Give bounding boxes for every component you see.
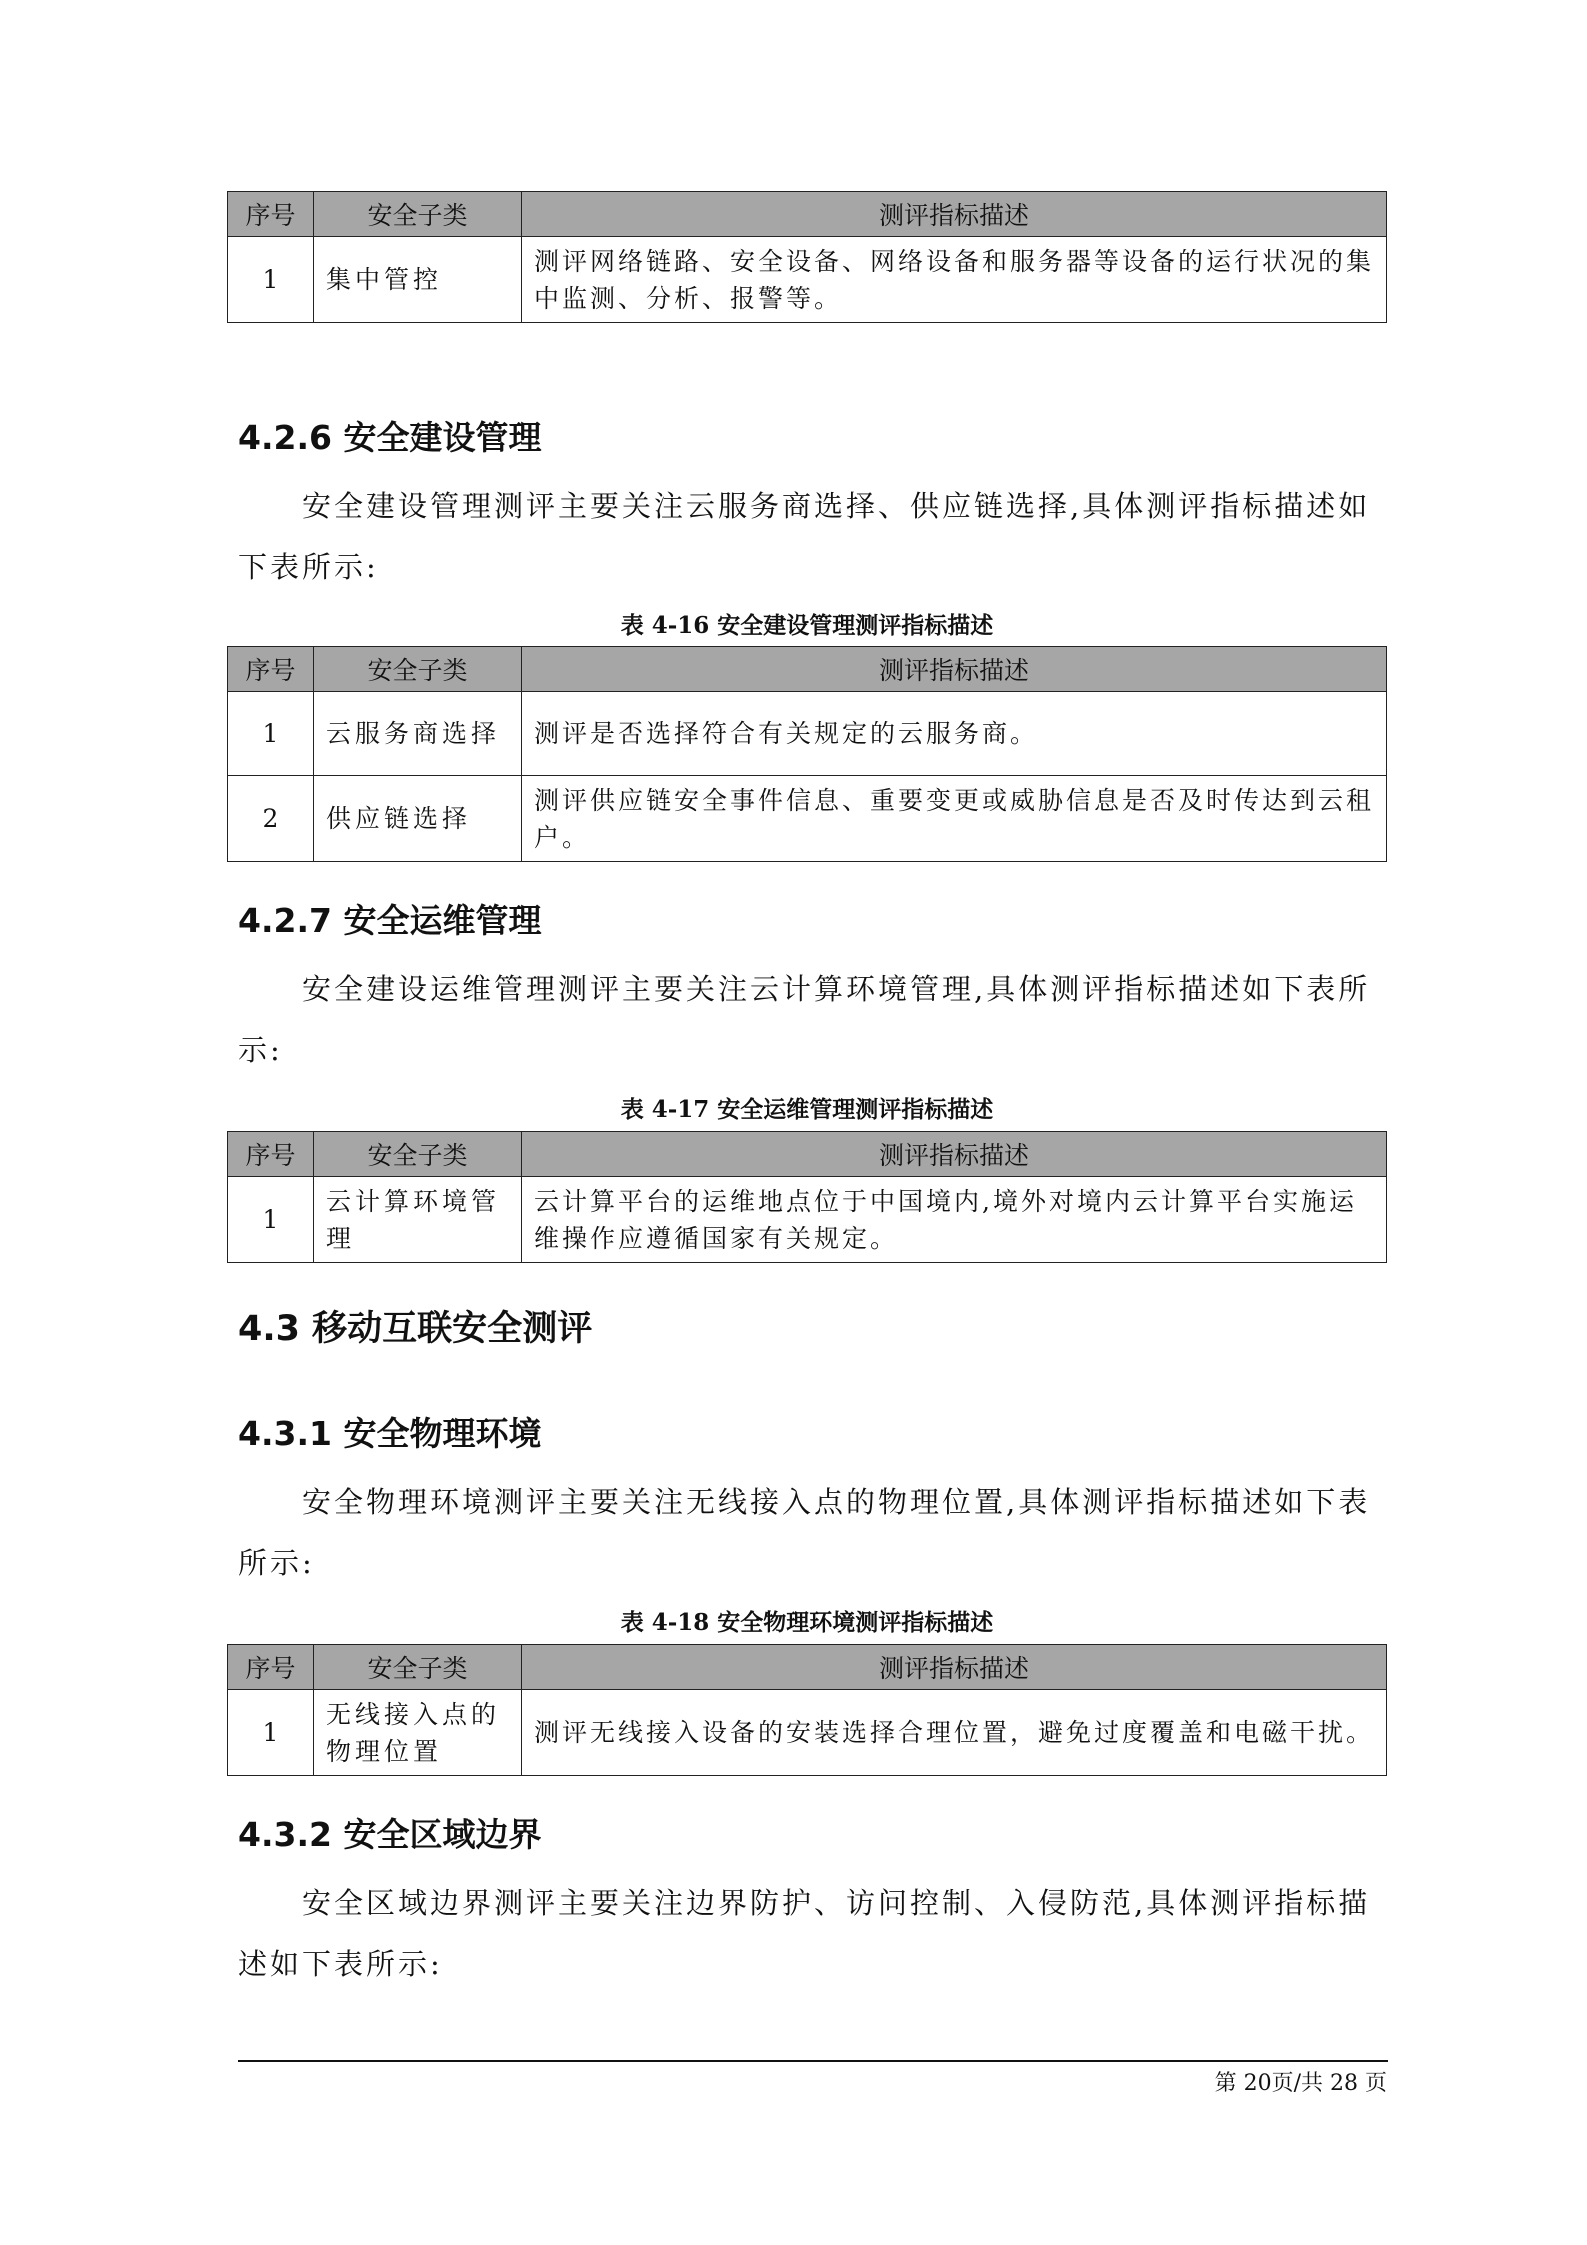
table-caption-4-17: 表 4-17 安全运维管理测评指标描述 [227,1095,1387,1125]
cell-no: 1 [228,1177,314,1263]
paragraph-text: 安全物理环境测评主要关注无线接入点的物理位置,具体测评指标描述如下表所示: [238,1485,1370,1580]
table-centralized-control: 序号 安全子类 测评指标描述 1 集中管控 测评网络链路、安全设备、网络设备和服… [227,191,1387,323]
paragraph-4-2-6: 安全建设管理测评主要关注云服务商选择、供应链选择,具体测评指标描述如下表所示: [238,476,1388,598]
table-caption-4-18: 表 4-18 安全物理环境测评指标描述 [227,1608,1387,1638]
cell-description: 测评网络链路、安全设备、网络设备和服务器等设备的运行状况的集中监测、分析、报警等… [522,237,1387,323]
header-subcategory: 安全子类 [314,192,522,237]
cell-no: 2 [228,776,314,862]
paragraph-text: 安全建设运维管理测评主要关注云计算环境管理,具体测评指标描述如下表所示: [238,972,1370,1067]
section-heading-4-3-1: 4.3.1 安全物理环境 [238,1414,541,1454]
cell-subcategory: 云计算环境管理 [314,1177,522,1263]
paragraph-4-3-2: 安全区域边界测评主要关注边界防护、访问控制、入侵防范,具体测评指标描述如下表所示… [238,1873,1388,1995]
header-subcategory: 安全子类 [314,1645,522,1690]
section-heading-4-2-7: 4.2.7 安全运维管理 [238,901,541,941]
cell-subcategory: 云服务商选择 [314,692,522,776]
table-4-16: 序号 安全子类 测评指标描述 1 云服务商选择 测评是否选择符合有关规定的云服务… [227,646,1387,862]
cell-description: 测评是否选择符合有关规定的云服务商。 [522,692,1387,776]
cell-subcategory: 供应链选择 [314,776,522,862]
paragraph-text: 安全区域边界测评主要关注边界防护、访问控制、入侵防范,具体测评指标描述如下表所示… [238,1886,1370,1981]
header-subcategory: 安全子类 [314,1132,522,1177]
cell-description: 测评供应链安全事件信息、重要变更或威胁信息是否及时传达到云租户。 [522,776,1387,862]
cell-description: 云计算平台的运维地点位于中国境内,境外对境内云计算平台实施运维操作应遵循国家有关… [522,1177,1387,1263]
table-header-row: 序号 安全子类 测评指标描述 [228,647,1387,692]
header-no: 序号 [228,1132,314,1177]
paragraph-4-2-7: 安全建设运维管理测评主要关注云计算环境管理,具体测评指标描述如下表所示: [238,959,1388,1081]
section-heading-4-3: 4.3 移动互联安全测评 [238,1307,592,1351]
cell-description: 测评无线接入设备的安装选择合理位置，避免过度覆盖和电磁干扰。 [522,1690,1387,1776]
cell-no: 1 [228,692,314,776]
paragraph-text: 安全建设管理测评主要关注云服务商选择、供应链选择,具体测评指标描述如下表所示: [238,489,1370,584]
cell-subcategory: 集中管控 [314,237,522,323]
table-row: 1 集中管控 测评网络链路、安全设备、网络设备和服务器等设备的运行状况的集中监测… [228,237,1387,323]
paragraph-4-3-1: 安全物理环境测评主要关注无线接入点的物理位置,具体测评指标描述如下表所示: [238,1472,1388,1594]
section-heading-4-3-2: 4.3.2 安全区域边界 [238,1815,541,1855]
header-no: 序号 [228,647,314,692]
header-description: 测评指标描述 [522,647,1387,692]
cell-subcategory: 无线接入点的物理位置 [314,1690,522,1776]
header-description: 测评指标描述 [522,1645,1387,1690]
cell-no: 1 [228,237,314,323]
table-caption-4-16: 表 4-16 安全建设管理测评指标描述 [227,611,1387,641]
header-subcategory: 安全子类 [314,647,522,692]
header-description: 测评指标描述 [522,1132,1387,1177]
table-header-row: 序号 安全子类 测评指标描述 [228,192,1387,237]
table-header-row: 序号 安全子类 测评指标描述 [228,1132,1387,1177]
page-number: 第 20页/共 28 页 [1215,2066,1387,2097]
table-row: 2 供应链选择 测评供应链安全事件信息、重要变更或威胁信息是否及时传达到云租户。 [228,776,1387,862]
cell-no: 1 [228,1690,314,1776]
table-row: 1 云服务商选择 测评是否选择符合有关规定的云服务商。 [228,692,1387,776]
footer-divider [238,2060,1388,2062]
table-header-row: 序号 安全子类 测评指标描述 [228,1645,1387,1690]
table-4-18: 序号 安全子类 测评指标描述 1 无线接入点的物理位置 测评无线接入设备的安装选… [227,1644,1387,1776]
section-heading-4-2-6: 4.2.6 安全建设管理 [238,418,541,458]
table-row: 1 无线接入点的物理位置 测评无线接入设备的安装选择合理位置，避免过度覆盖和电磁… [228,1690,1387,1776]
header-no: 序号 [228,1645,314,1690]
table-4-17: 序号 安全子类 测评指标描述 1 云计算环境管理 云计算平台的运维地点位于中国境… [227,1131,1387,1263]
header-no: 序号 [228,192,314,237]
header-description: 测评指标描述 [522,192,1387,237]
table-row: 1 云计算环境管理 云计算平台的运维地点位于中国境内,境外对境内云计算平台实施运… [228,1177,1387,1263]
